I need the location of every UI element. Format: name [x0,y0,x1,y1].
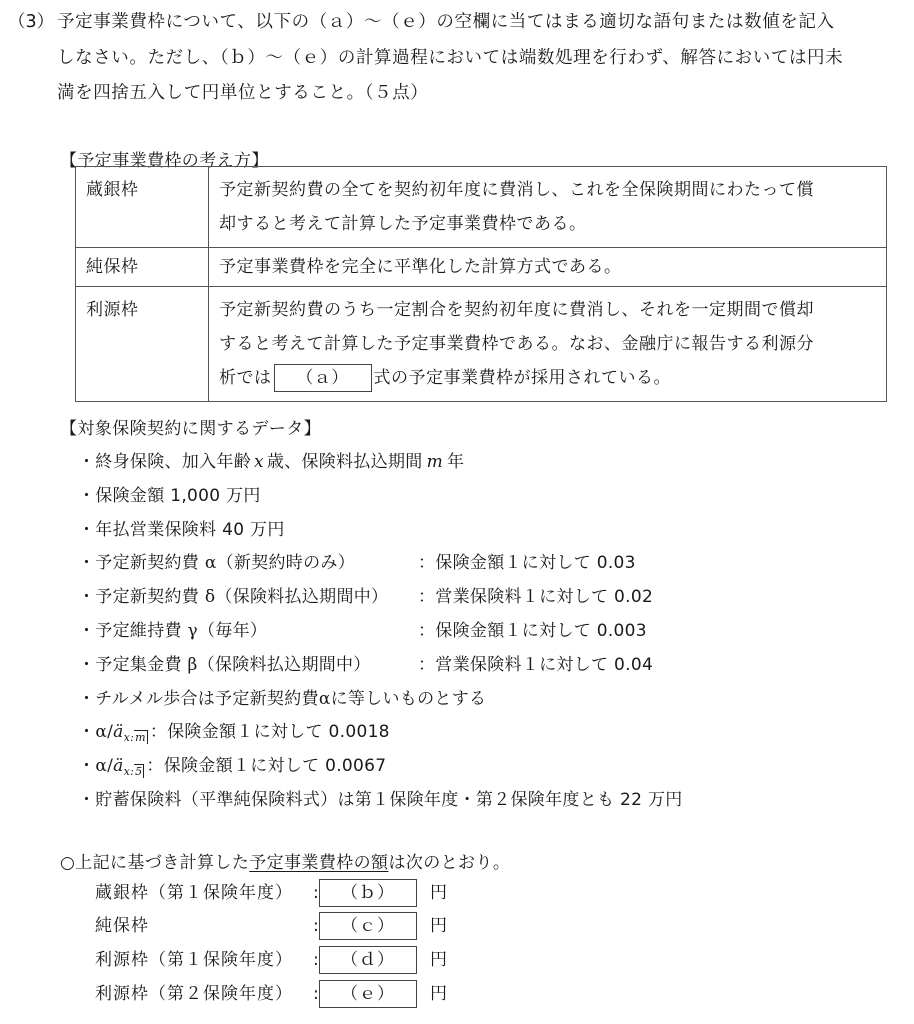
answer-row-c: 純保枠: （ｃ） 円 [95,912,319,940]
data-text: 歳、保険料払込期間 [267,452,423,472]
answer-blank-b[interactable]: （ｂ） [319,879,417,907]
concept-description-line: 析では（ａ）式の予定事業費枠が採用されている。 [219,361,876,395]
question-line-1: 予定事業費枠について、以下の（ａ）～（ｅ）の空欄に当てはまる適切な語句または数値… [57,8,835,33]
annuity-symbol: ä [113,722,123,742]
data-label: （毎年） [198,621,267,641]
concept-text: 析では [219,368,272,388]
concept-text: 式の予定事業費枠が採用されている。 [374,368,672,388]
data-item: ・予定集金費 β（保険料払込期間中） ：営業保険料１に対して 0.04 [78,649,683,683]
answer-blank-a[interactable]: （ａ） [274,364,372,392]
concept-row: 蔵銀枠 予定新契約費の全てを契約初年度に費消し、これを全保険期間にわたって償 却… [76,167,887,248]
data-heading: 【対象保険契約に関するデータ】 [60,414,321,439]
data-item: ・予定新契約費 δ（保険料払込期間中） ：営業保険料１に対して 0.02 [78,581,683,615]
data-label: ・予定維持費 [78,621,188,641]
data-text: ・年払営業保険料 40 万円 [78,520,285,540]
data-label: （保険料払込期間中） [198,655,371,675]
greek-alpha: α [95,756,107,776]
concept-name: 蔵銀枠 [76,167,209,248]
unit-yen: 円 [430,980,448,1008]
concept-description-line: 却すると考えて計算した予定事業費枠である。 [219,207,876,241]
data-value: ：保険金額１に対して 0.003 [418,615,647,649]
answer-row-e: 利源枠（第２保険年度）: （ｅ） 円 [95,980,319,1008]
data-value: ：保険金額１に対して 0.0067 [146,756,386,776]
bullet: ・ [78,722,95,742]
answer-row-b: 蔵銀枠（第１保険年度）: （ｂ） 円 [95,879,319,907]
greek-alpha: α [205,553,217,573]
data-value: ：営業保険料１に対して 0.04 [418,649,653,683]
subscript-x: x: [124,765,135,778]
summary-underlined-text: 予定事業費枠の額 [249,853,388,873]
summary-text: は次のとおり。 [388,853,510,873]
answer-label: 蔵銀枠（第１保険年度） [95,879,313,907]
angle-5: 5 [134,764,144,778]
angle-m: m [134,730,148,744]
data-text: ・終身保険、加入年齢 [78,452,251,472]
data-item: ・予定新契約費 α（新契約時のみ） ：保険金額１に対して 0.03 [78,547,683,581]
question-line-2: しなさい。ただし、（ｂ）～（ｅ）の計算過程においては端数処理を行わず、解答におい… [57,44,843,69]
summary-intro: ○上記に基づき計算した予定事業費枠の額は次のとおり。 [60,848,510,873]
concept-description-line: 予定新契約費のうち一定割合を契約初年度に費消し、それを一定期間で償却 [219,293,876,327]
concept-row: 純保枠 予定事業費枠を完全に平準化した計算方式である。 [76,248,887,287]
annuity-subscript: x:5 [124,764,145,778]
concept-description: 予定新契約費の全てを契約初年度に費消し、これを全保険期間にわたって償 却すると考… [209,167,887,248]
annuity-symbol: ä [113,756,123,776]
greek-delta: δ [205,587,216,607]
data-item: ・終身保険、加入年齢x歳、保険料払込期間m年 [78,446,683,480]
data-text: ・貯蓄保険料（平準純保険料式）は第１保険年度・第２保険年度とも 22 万円 [78,790,683,810]
question-line-3: 満を四捨五入して円単位とすること。（５点） [57,79,428,104]
concept-description: 予定新契約費のうち一定割合を契約初年度に費消し、それを一定期間で償却 すると考え… [209,287,887,402]
greek-gamma: γ [188,621,198,641]
variable-m: m [427,452,443,472]
concept-description-line: 予定新契約費の全てを契約初年度に費消し、これを全保険期間にわたって償 [219,173,876,207]
data-item: ・α/äx:5：保険金額１に対して 0.0067 [78,750,683,784]
data-item: ・保険金額 1,000 万円 [78,480,683,514]
concept-table: 蔵銀枠 予定新契約費の全てを契約初年度に費消し、これを全保険期間にわたって償 却… [75,166,887,402]
variable-x: x [254,452,264,472]
summary-text: ○上記に基づき計算した [60,853,249,873]
bullet: ・ [78,756,95,776]
greek-alpha: α [319,689,331,709]
greek-alpha: α [95,722,107,742]
greek-beta: β [188,655,198,675]
answer-blank-c[interactable]: （ｃ） [319,912,417,940]
concept-description-line: 予定事業費枠を完全に平準化した計算方式である。 [219,250,876,284]
annuity-subscript: x:m [124,730,148,744]
data-value: ：保険金額１に対して 0.0018 [150,722,390,742]
data-item: ・α/äx:m：保険金額１に対して 0.0018 [78,716,683,750]
data-text: に等しいものとする [331,689,487,709]
unit-yen: 円 [430,912,448,940]
data-label: （保険料払込期間中） [215,587,388,607]
question-number: （3） [8,8,54,33]
data-item: ・予定維持費 γ（毎年） ：保険金額１に対して 0.003 [78,615,683,649]
data-text: ・チルメル歩合は予定新契約費 [78,689,319,709]
concept-row: 利源枠 予定新契約費のうち一定割合を契約初年度に費消し、それを一定期間で償却 す… [76,287,887,402]
concept-description-line: すると考えて計算した予定事業費枠である。なお、金融庁に報告する利源分 [219,327,876,361]
data-item: ・貯蓄保険料（平準純保険料式）は第１保険年度・第２保険年度とも 22 万円 [78,784,683,818]
data-value: ：保険金額１に対して 0.03 [418,547,636,581]
data-list: ・終身保険、加入年齢x歳、保険料払込期間m年 ・保険金額 1,000 万円 ・年… [78,446,683,818]
data-item: ・年払営業保険料 40 万円 [78,514,683,548]
data-label: ・予定新契約費 [78,587,205,607]
subscript-x: x: [124,731,135,744]
data-text: ・保険金額 1,000 万円 [78,486,261,506]
answer-label: 利源枠（第２保険年度） [95,980,313,1008]
answer-blank-e[interactable]: （ｅ） [319,980,417,1008]
unit-yen: 円 [430,946,448,974]
data-value: ：営業保険料１に対して 0.02 [418,581,653,615]
data-label: ・予定集金費 [78,655,188,675]
unit-yen: 円 [430,879,448,907]
data-label: ・予定新契約費 [78,553,205,573]
concept-description: 予定事業費枠を完全に平準化した計算方式である。 [209,248,887,287]
answer-label: 純保枠 [95,912,313,940]
answer-label: 利源枠（第１保険年度） [95,946,313,974]
answer-row-d: 利源枠（第１保険年度）: （ｄ） 円 [95,946,319,974]
answer-blank-d[interactable]: （ｄ） [319,946,417,974]
concept-name: 利源枠 [76,287,209,402]
data-item: ・チルメル歩合は予定新契約費αに等しいものとする [78,683,683,717]
data-text: 年 [447,452,464,472]
concept-name: 純保枠 [76,248,209,287]
data-label: （新契約時のみ） [217,553,355,573]
